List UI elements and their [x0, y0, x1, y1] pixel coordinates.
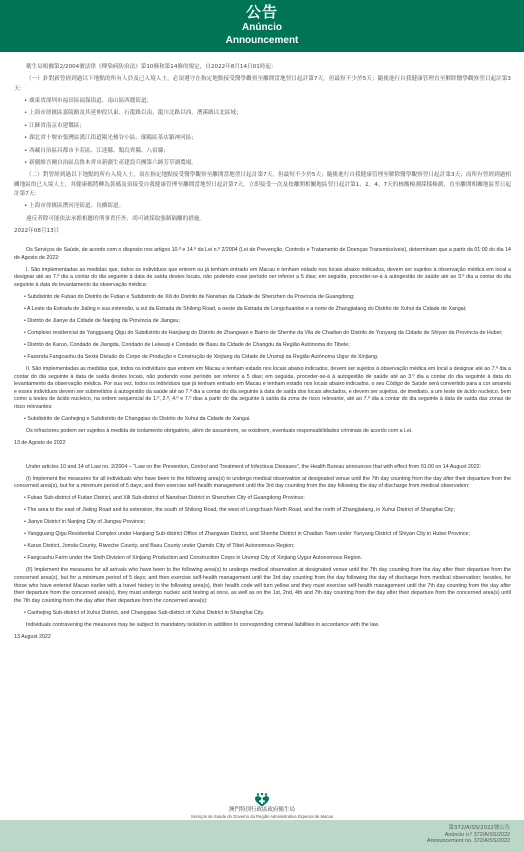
announcement-body: 衛生局根據第2/2004號法律《傳染病防治法》第10條和第14條的規定，自202…: [14, 63, 511, 646]
portuguese-closing: Os infractores podem ser sujeitos à medi…: [14, 428, 511, 436]
english-intro: Under articles 10 and 14 of Law no. 2/20…: [14, 464, 511, 472]
list-item: • Distrito de Jianye da Cidade de Nanjin…: [14, 318, 511, 326]
list-item: • Subdistrito de Fubao do Distrito de Fu…: [14, 294, 511, 302]
organization-name-portuguese: Serviços de Saúde do Governo da Região A…: [0, 814, 524, 819]
portuguese-date: 13 de Agosto de 2022: [14, 440, 511, 448]
list-item: • Distrito de Karuo, Condado de Jiangda,…: [14, 342, 511, 350]
list-item: • 湖北省十堰市張灣區漢江街道陽光棲谷小區、鄖陽區茶店鎮神河區；: [14, 134, 511, 143]
list-item: • A Leste da Estrada de Jialing e sua ex…: [14, 306, 511, 314]
title-english: Announcement: [0, 34, 524, 47]
list-item: • Karuo District, Jomda County, Riwoche …: [14, 543, 511, 551]
list-item: • 上海市徐匯區嘉陵路及其延伸段以東、石龍路以南、龍川北路以西、漕溪路以北區域；: [14, 109, 511, 118]
list-item: • 新疆維吾爾自治區烏魯木齊市新疆生產建設兵團第六師芳草湖農場。: [14, 159, 511, 168]
health-bureau-heart-cross-icon: [254, 793, 270, 807]
english-section-1: (I) Implement the measures for all indiv…: [14, 476, 511, 491]
list-item: • The area to the east of Jialing Road a…: [14, 507, 511, 515]
reference-numbers: 第372/A/SS/2022號公告 Anúncio n.º 372/A/SS/2…: [427, 825, 510, 845]
portuguese-section: Os Serviços de Saúde, de acordo com o di…: [14, 247, 511, 447]
list-item: • Fangcaohu Farm under the Sixth Divisio…: [14, 555, 511, 563]
organization-name-chinese: 澳門特別行政區政府衛生局: [0, 807, 524, 814]
portuguese-intro: Os Serviços de Saúde, de acordo com o di…: [14, 247, 511, 262]
list-item: • 江蘇省南京市建鄴區；: [14, 122, 511, 131]
chinese-closing: 違反者除可能依法承擔相應的刑事責任外，尚可被採取強制隔離的措施。: [14, 215, 511, 224]
portuguese-section-2: II. São implementadas as medidas que, to…: [14, 366, 511, 412]
list-item: • Complexo residencial de Yangguang Qigu…: [14, 330, 511, 338]
list-item: • Subdistrito de Caohejing e Subdistrito…: [14, 416, 511, 424]
portuguese-section-1: I. São implementadas as medidas que, tod…: [14, 267, 511, 290]
reference-english: Announcement no. 372/A/SS/2022: [427, 838, 510, 845]
section-spacer: [14, 452, 511, 464]
list-item: • 上海市徐匯區漕河涇街道、長橋街道。: [14, 202, 511, 211]
announcement-header: 公告 Anúncio Announcement: [0, 0, 524, 52]
list-item: • Fubao Sub-district of Futian District,…: [14, 495, 511, 503]
section-spacer: [14, 239, 511, 247]
title-portuguese: Anúncio: [0, 21, 524, 34]
chinese-section: 衛生局根據第2/2004號法律《傳染病防治法》第10條和第14條的規定，自202…: [14, 63, 511, 236]
chinese-date: 2022年08月13日: [14, 227, 511, 236]
list-item: • Fazenda Fangcaohu da Sexta Divisão do …: [14, 354, 511, 362]
health-bureau-logo: 澳門特別行政區政府衛生局 Serviços de Saúde do Govern…: [0, 793, 524, 819]
list-item: • Jianye District in Nanjing City of Jia…: [14, 519, 511, 527]
title-chinese: 公告: [0, 0, 524, 21]
english-closing: Individuals contravening the measures ma…: [14, 622, 511, 630]
list-item: • Yangguang Qigu Residential Complex und…: [14, 531, 511, 539]
list-item: • 西藏自治區昌都市卡若區、江達縣、類烏齊縣、八宿縣；: [14, 147, 511, 156]
chinese-intro: 衛生局根據第2/2004號法律《傳染病防治法》第10條和第14條的規定，自202…: [14, 63, 511, 72]
list-item: • 廣東省深圳市福田區福保街道、南山區西麗街道；: [14, 97, 511, 106]
list-item: • Caohejing Sub-district of Xuhui Distri…: [14, 610, 511, 618]
reference-chinese: 第372/A/SS/2022號公告: [427, 825, 510, 832]
english-date: 13 August 2022: [14, 634, 511, 642]
chinese-section-1: （一）針對新曾經到過以下地點的所有人員及已入境人士，必須遵守在指定地點接受醫學觀…: [14, 75, 511, 93]
english-section-2: (II) Implement the measures for all arri…: [14, 567, 511, 605]
announcement-footer: 第372/A/SS/2022號公告 Anúncio n.º 372/A/SS/2…: [0, 820, 524, 852]
reference-portuguese: Anúncio n.º 372/A/SS/2022: [427, 832, 510, 839]
chinese-section-2: （二）對曾經到過以下地點的所有入境人士，須在指定地點接受醫學觀察至離開當地翌日起…: [14, 171, 511, 199]
english-section: Under articles 10 and 14 of Law no. 2/20…: [14, 464, 511, 641]
